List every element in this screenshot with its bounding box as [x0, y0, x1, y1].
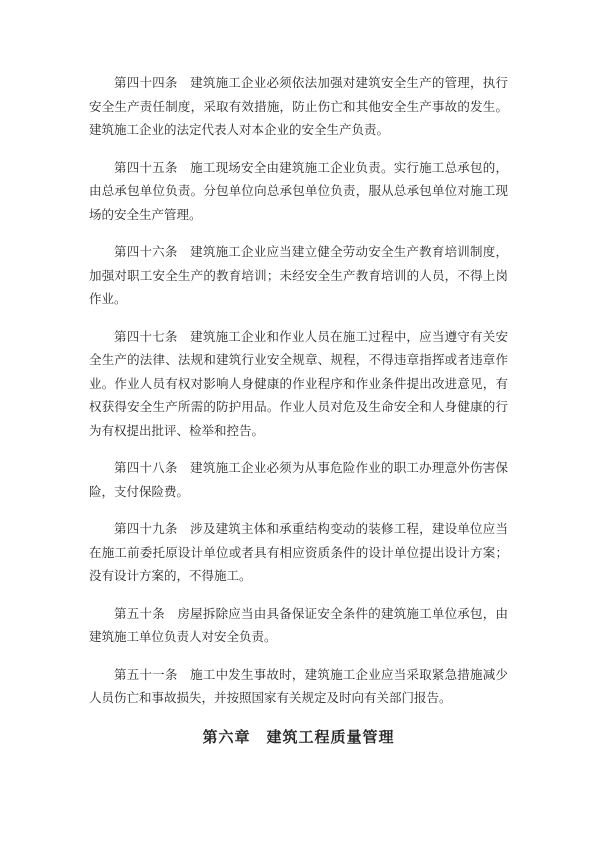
article-number: 第四十八条 [114, 461, 178, 475]
article-paragraph: 第五十一条施工中发生事故时，建筑施工企业应当采取紧急措施减少人员伤亡和事故损失，… [89, 664, 508, 711]
article-number: 第四十四条 [114, 76, 178, 90]
article-paragraph: 第四十九条涉及建筑主体和承重结构变动的装修工程，建设单位应当在施工前委托原设计单… [89, 518, 508, 589]
article-number: 第五十一条 [114, 668, 178, 682]
articles-section: 第四十四条建筑施工企业必须依法加强对建筑安全生产的管理，执行安全生产责任制度，采… [89, 72, 508, 711]
article-number: 第四十五条 [114, 161, 178, 175]
chapter-heading: 第六章 建筑工程质量管理 [89, 726, 508, 750]
document-page: 第四十四条建筑施工企业必须依法加强对建筑安全生产的管理，执行安全生产责任制度，采… [0, 0, 600, 848]
article-number: 第四十九条 [114, 522, 178, 536]
article-number: 第五十条 [114, 607, 165, 621]
article-paragraph: 第四十五条施工现场安全由建筑施工企业负责。实行施工总承包的，由总承包单位负责。分… [89, 157, 508, 228]
article-paragraph: 第五十条房屋拆除应当由具备保证安全条件的建筑施工单位承包，由建筑施工单位负责人对… [89, 603, 508, 650]
article-number: 第四十六条 [114, 245, 178, 259]
article-paragraph: 第四十八条建筑施工企业必须为从事危险作业的职工办理意外伤害保险，支付保险费。 [89, 457, 508, 504]
article-paragraph: 第四十四条建筑施工企业必须依法加强对建筑安全生产的管理，执行安全生产责任制度，采… [89, 72, 508, 143]
article-paragraph: 第四十六条建筑施工企业应当建立健全劳动安全生产教育培训制度，加强对职工安全生产的… [89, 241, 508, 312]
article-paragraph: 第四十七条建筑施工企业和作业人员在施工过程中，应当遵守有关安全生产的法律、法规和… [89, 326, 508, 444]
article-number: 第四十七条 [114, 330, 178, 344]
article-text: 建筑施工企业和作业人员在施工过程中，应当遵守有关安全生产的法律、法规和建筑行业安… [89, 330, 508, 438]
